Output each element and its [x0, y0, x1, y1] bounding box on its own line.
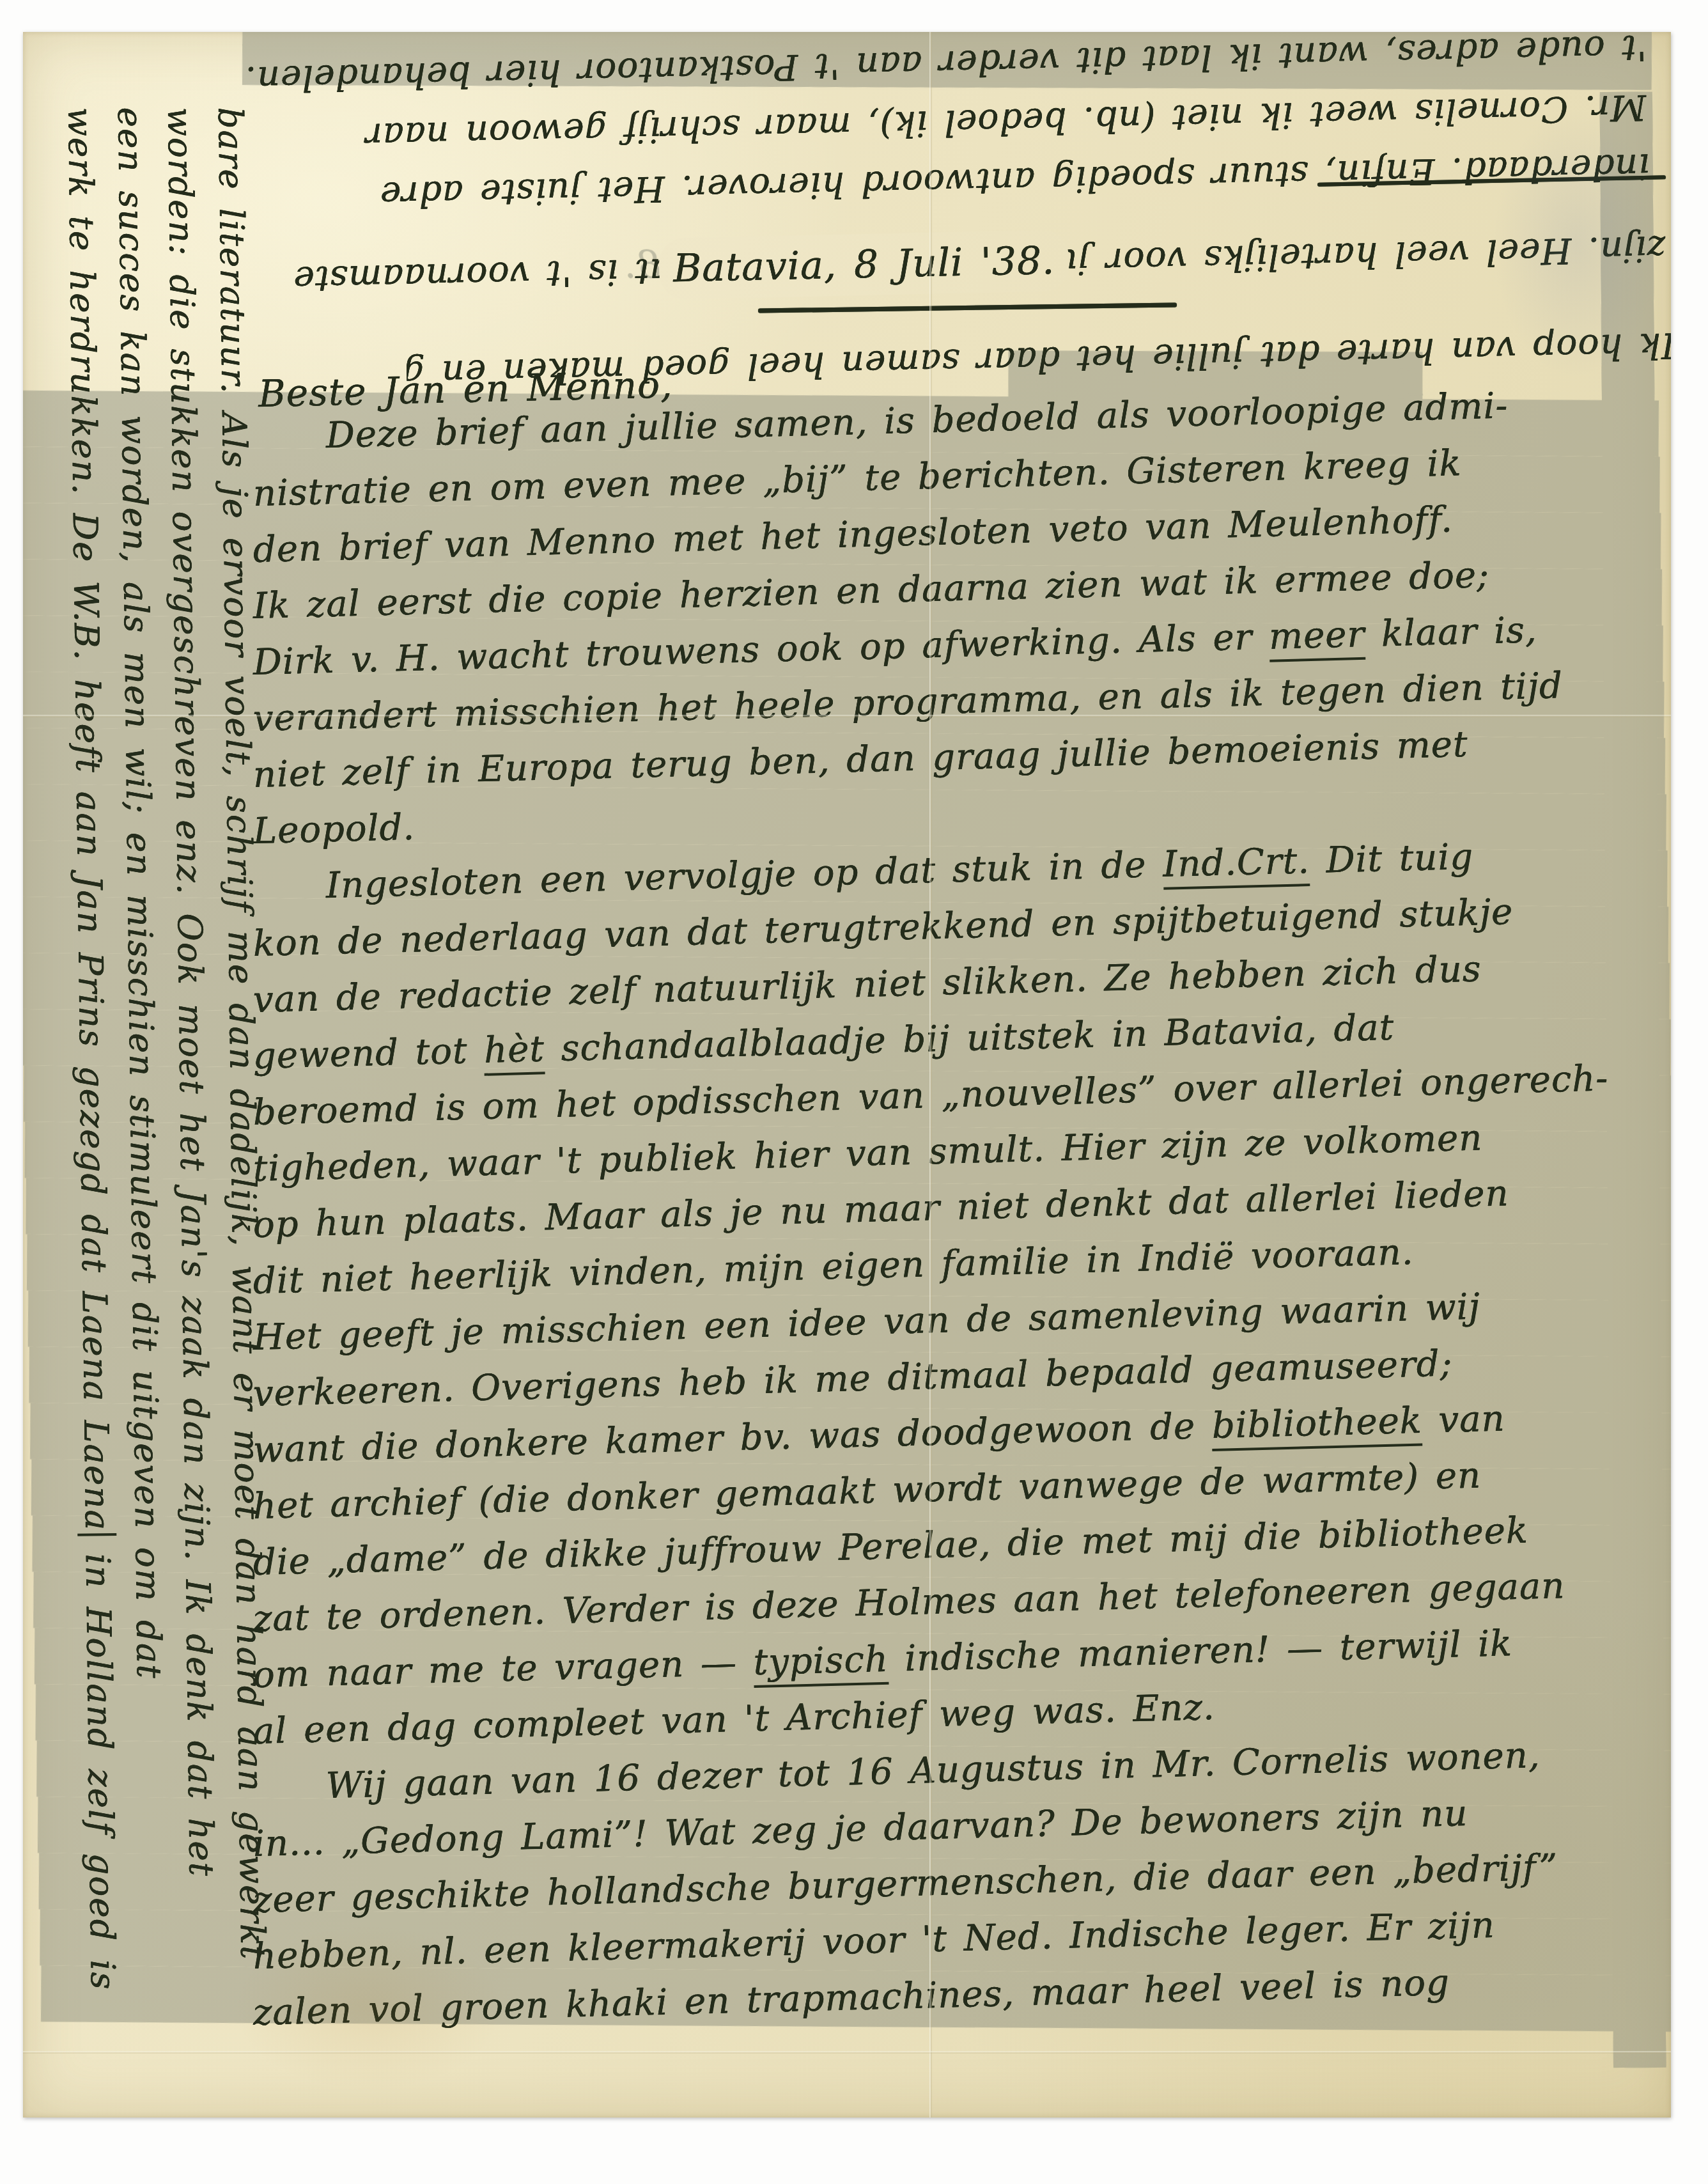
- ink-layer: 't oude adres, want ik laat dit verder a…: [23, 32, 1671, 2118]
- letter-paper: 't oude adres, want ik laat dit verder a…: [23, 32, 1671, 2118]
- dateline: Batavia, 8 Juli '38.: [658, 230, 1069, 299]
- dateline-underline: [758, 302, 1177, 313]
- letter-scan: 't oude adres, want ik laat dit verder a…: [0, 0, 1708, 2184]
- fold-crease-horizontal-upper: [23, 715, 1671, 717]
- fold-crease-horizontal-lower: [23, 2051, 1671, 2054]
- fold-crease-vertical: [929, 32, 932, 2118]
